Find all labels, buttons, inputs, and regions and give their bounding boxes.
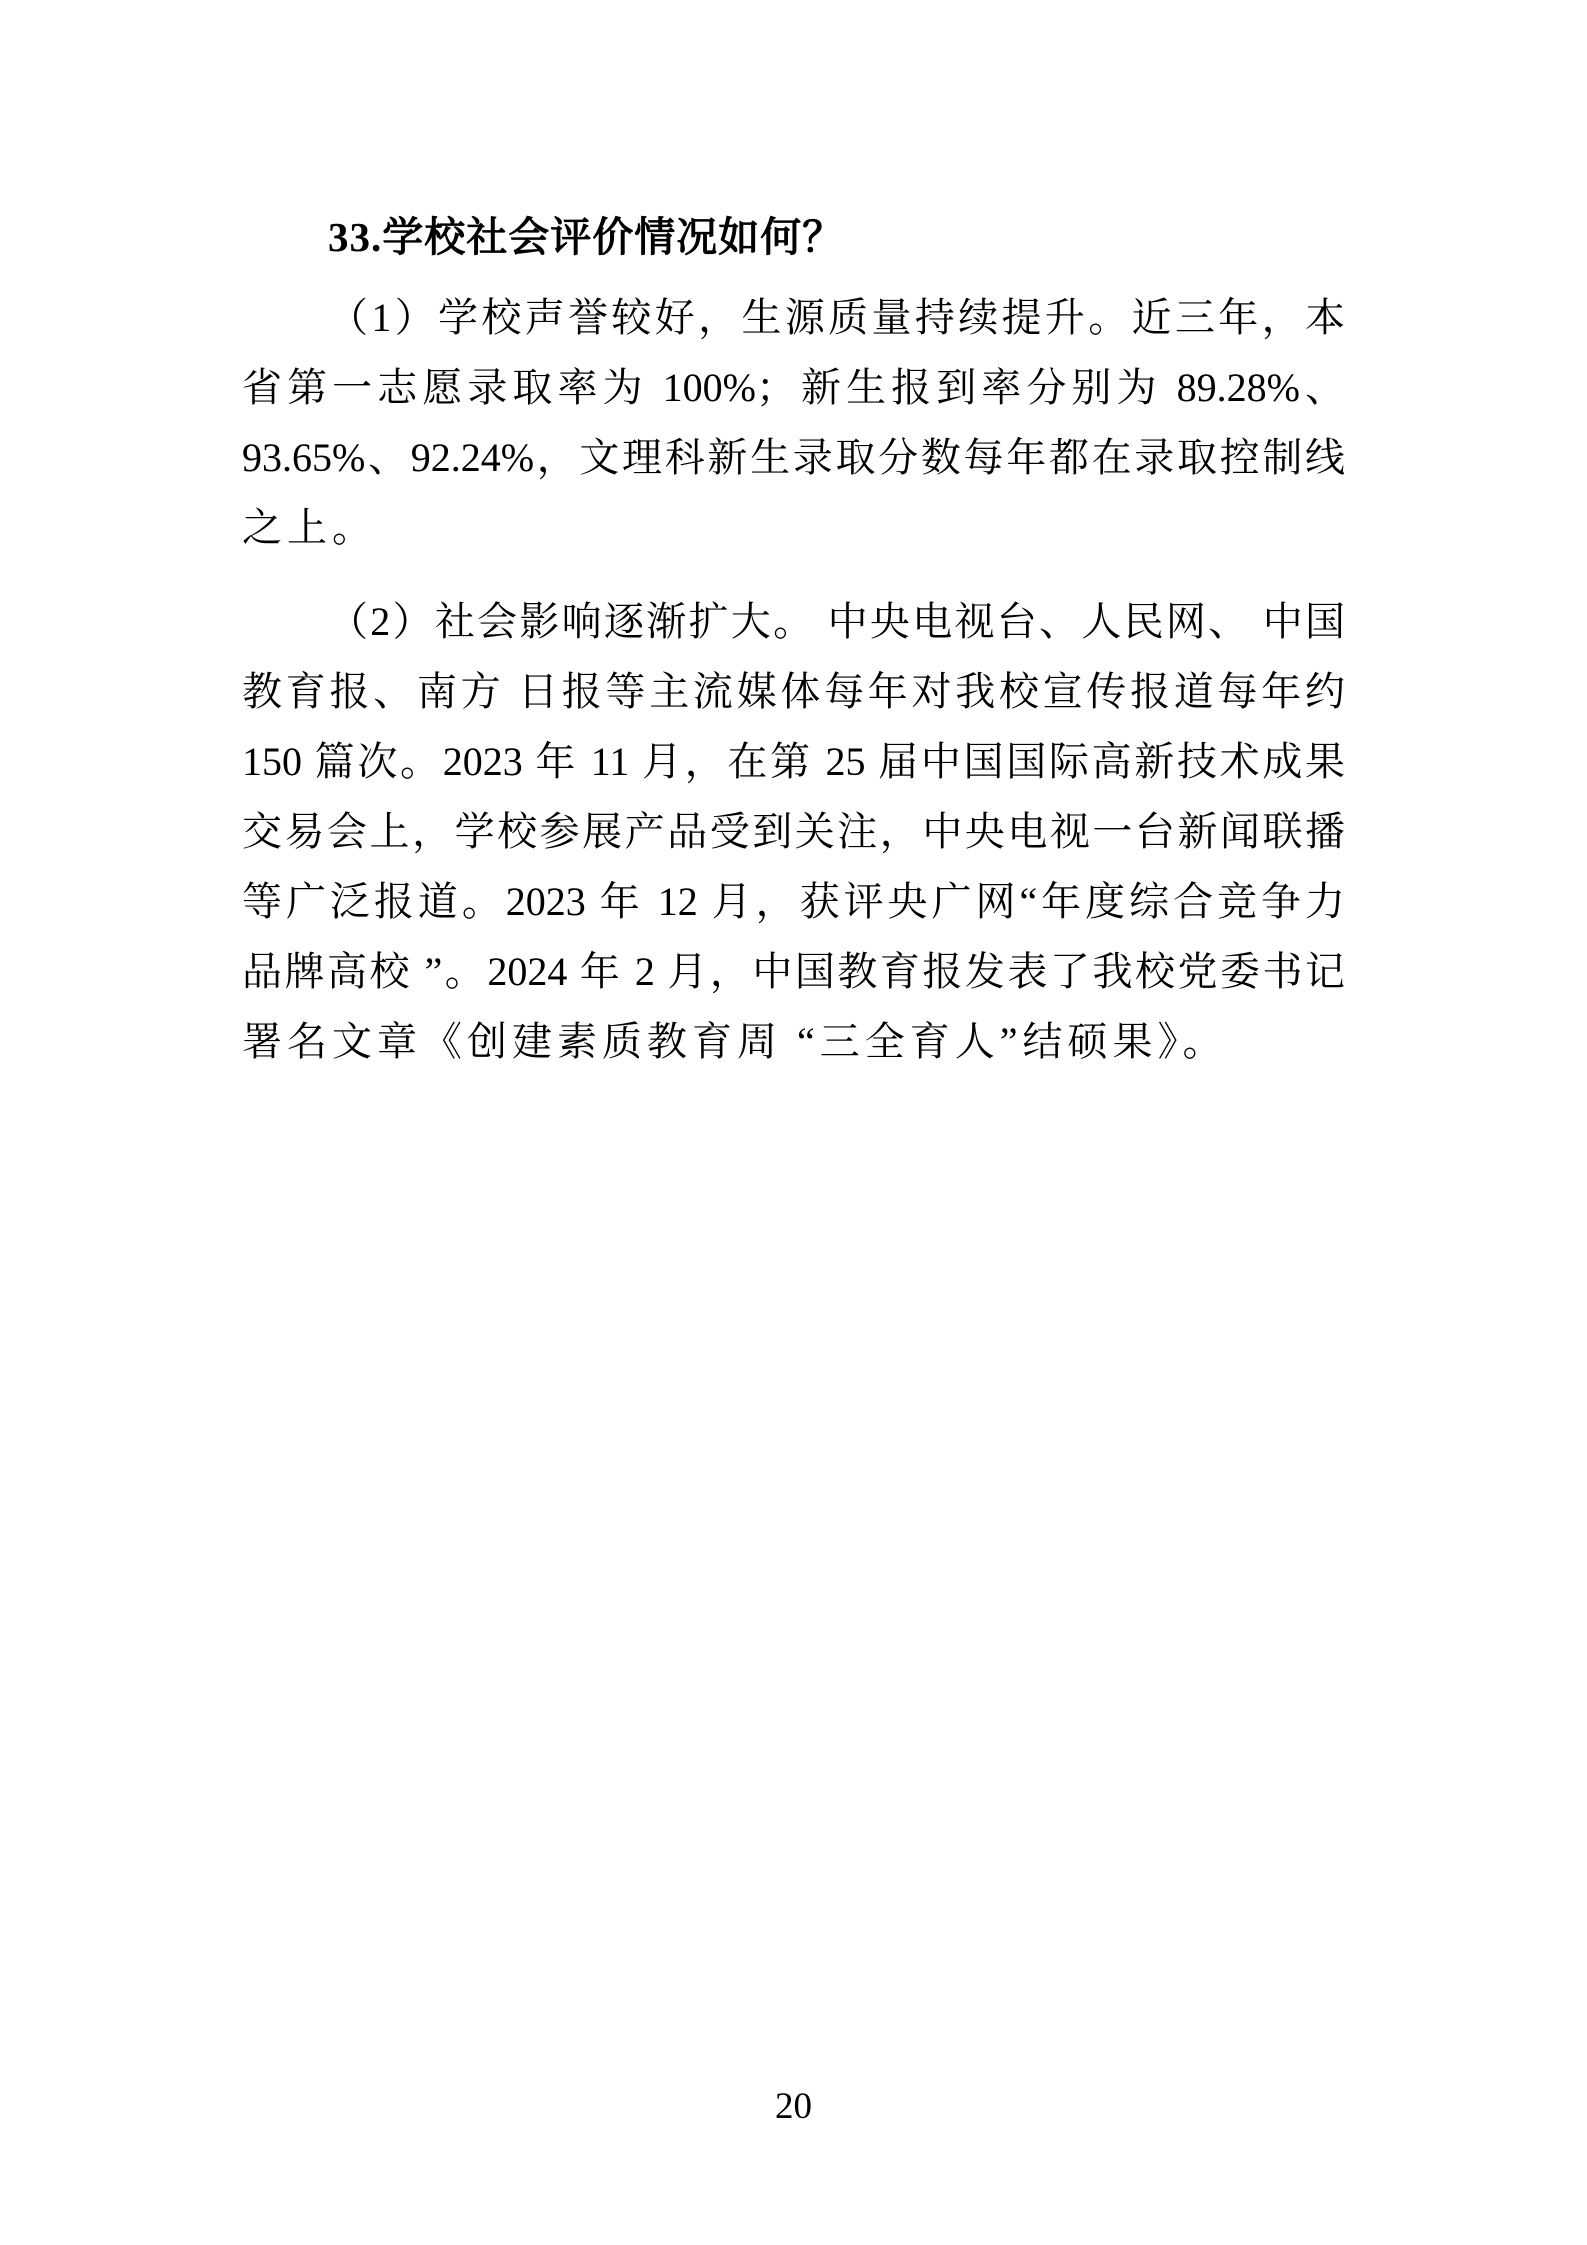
paragraph-line: 等广泛报道。2023 年 12 月，获评央广网“年度综合竞争力 bbox=[242, 867, 1345, 937]
paragraph-line: 品牌高校 ”。2024 年 2 月，中国教育报发表了我校党委书记 bbox=[242, 937, 1345, 1007]
paragraph-admission-quality: （1）学校声誉较好，生源质量持续提升。近三年，本 省第一志愿录取率为 100%；… bbox=[242, 283, 1345, 563]
paragraph-line: 交易会上，学校参展产品受到关注，中央电视一台新闻联播 bbox=[242, 797, 1345, 867]
paragraph-line: 省第一志愿录取率为 100%；新生报到率分别为 89.28%、 bbox=[242, 353, 1345, 423]
paragraph-line: 教育报、南方 日报等主流媒体每年对我校宣传报道每年约 bbox=[242, 657, 1345, 727]
paragraph-line: 之上。 bbox=[242, 493, 1345, 563]
question-heading: 33.学校社会评价情况如何？ bbox=[242, 202, 1345, 272]
paragraph-line: 93.65%、92.24%，文理科新生录取分数每年都在录取控制线 bbox=[242, 423, 1345, 493]
paragraph-line: 150 篇次。2023 年 11 月，在第 25 届中国国际高新技术成果 bbox=[242, 727, 1345, 797]
paragraph-line: （2）社会影响逐渐扩大。 中央电视台、人民网、 中国 bbox=[242, 587, 1345, 657]
page-number: 20 bbox=[0, 2086, 1587, 2128]
document-page: 33.学校社会评价情况如何？ （1）学校声誉较好，生源质量持续提升。近三年，本 … bbox=[0, 0, 1587, 2245]
paragraph-line: 署名文章《创建素质教育周 “三全育人”结硕果》。 bbox=[242, 1007, 1345, 1077]
paragraph-line: （1）学校声誉较好，生源质量持续提升。近三年，本 bbox=[242, 283, 1345, 353]
document-content: 33.学校社会评价情况如何？ （1）学校声誉较好，生源质量持续提升。近三年，本 … bbox=[242, 202, 1345, 1077]
paragraph-social-influence: （2）社会影响逐渐扩大。 中央电视台、人民网、 中国 教育报、南方 日报等主流媒… bbox=[242, 587, 1345, 1077]
